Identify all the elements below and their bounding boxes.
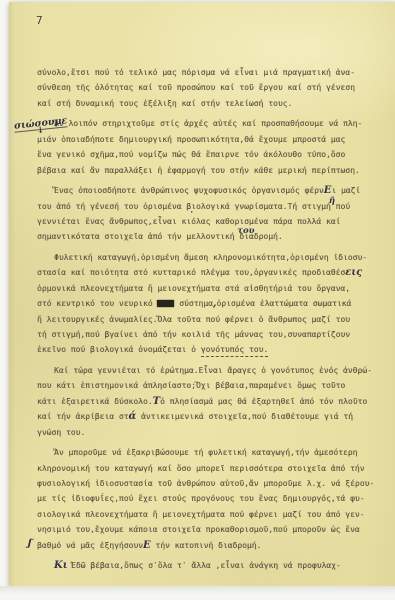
typed-text: στό κεντρικό του νευρικό — [37, 299, 157, 308]
typed-text: ό πλησίασμά μας θά ἐξαρτηθεῖ ἀπό τόν πλο… — [160, 397, 367, 406]
text-line: ἐκεῖνο πού βιολογικά ὀνομάζεται ὁ γονότυ… — [37, 342, 387, 357]
redaction-mark — [157, 300, 174, 307]
text-line: του ἀπό τή γένεσή του ὁρισμένα βιολογικά… — [37, 199, 387, 214]
text-line: καί τήν ἀκρίβεια στά ἀντικειμενικά στοιχ… — [37, 409, 387, 424]
typed-text: του ἀπό τή γένεσή του ὁρισμένα βιολογικά… — [37, 202, 331, 211]
text-line: βέβαια καί ἄν παραλλάξει ἡ ἐφαρμογή του … — [37, 163, 387, 178]
text-line: στασία καί ποιότητα στό κυτταρικό πλέγμα… — [37, 265, 387, 280]
paragraph: Καί τώρα γεννιέται τό ἐρώτημα.Εἶναι ἄραγ… — [37, 363, 387, 440]
handwritten-correction: Ε — [143, 540, 151, 551]
typed-text: ἐκεῖνο πού βιολογικά ὀνομάζεται ὁ — [37, 345, 201, 354]
text-line: βαθμό νά μᾶς ἐξηγήσουνΕ τήν κατοπινή δια… — [37, 538, 387, 553]
handwritten-correction: εις — [345, 267, 362, 278]
typed-text: σύστημα — [174, 299, 213, 308]
typed-text: ἕνα γενικό σχῆμα,πού νομίζω πώς θά ἔπαιρ… — [37, 150, 345, 159]
text-line: γνώση του. — [37, 425, 387, 440]
paragraph: Ἕνας ὁποιοσδήποτε ἀνθρώπινος ψυχοφυσικός… — [37, 183, 387, 245]
text-line: νησιμιό του,ἔχουμε κάποια στοιχεῖα προκα… — [37, 522, 387, 537]
text-line: Ἄν μποροῦμε νά ἐξακριβώσουμε τή φυλετική… — [37, 445, 387, 460]
typed-text: Ἐδῶ βέβαια,ὅπως σ᾿ὅλα τ᾿ ἄλλα ,εἶναι ἀνά… — [71, 561, 341, 570]
typed-text: ἤ λειτουργικές ἀνωμαλίες.Ὅλα τοῦτα πού φ… — [37, 315, 350, 324]
insertion-arrow-icon: ↓ — [36, 126, 45, 137]
typed-text: σημαντικότατα στοιχεῖα ἀπό τήν μελλοντικ… — [37, 232, 239, 241]
text-line: Κι Ἐδῶ βέβαια,ὅπως σ᾿ὅλα τ᾿ ἄλλα ,εἶναι … — [37, 558, 387, 573]
text-line: σύνθεση τῆς ὁλότητας καί τοῦ προσώπου κα… — [37, 80, 387, 95]
text-line: ἕνα γενικό σχῆμα,πού νομίζω πώς θά ἔπαιρ… — [37, 147, 387, 162]
paragraph: σύνολο,ἔτσι πού τό τελικό μας πόρισμα νά… — [37, 65, 387, 111]
text-line: τή στιγμή,πού βγαίνει ἀπό τήν κοιλιά τῆς… — [37, 327, 387, 342]
typed-text: σύνολο,ἔτσι πού τό τελικό μας πόρισμα νά… — [37, 68, 355, 77]
typed-text: ἀντικειμενικά στοιχεῖα,πού διαθέτουμε γι… — [136, 412, 353, 421]
text-line: καί στή δυναμική τους ἐξέλιξη καί στήν τ… — [37, 96, 387, 111]
typed-text: μιάν ὁποιαδήποτε δημιουργική προσωπικότη… — [37, 135, 345, 144]
handwritten-correction: Κι — [54, 560, 71, 571]
text-line: κληρονομική του καταγωγή καί ὅσο μπορεῖ … — [37, 461, 387, 476]
typed-text: κληρονομική του καταγωγή καί ὅσο μπορεῖ … — [37, 464, 365, 473]
typed-text: βέβαια καί ἄν παραλλάξει ἡ ἐφαρμογή του … — [37, 166, 360, 175]
text-line: σιολογικά πλεονεχτήματα ἤ μειονεχτήματα … — [37, 507, 387, 522]
typed-text: σύνθεση τῆς ὁλότητας καί τοῦ προσώπου κα… — [37, 83, 355, 92]
page-number: 7 — [36, 14, 44, 27]
text-line: ὁρμονικά πλεονεχτήματα ἤ μειονεχτήματα σ… — [37, 281, 387, 296]
handwritten-ink-mark: ʃ — [27, 538, 32, 549]
typed-text: που κάτι ἐπιστημονικά ἀπλησίαστο;Ὄχι βέβ… — [37, 381, 345, 390]
text-line: με τίς ἰδιοφυΐες,πού ἔχει στούς προγόνου… — [37, 491, 387, 506]
typed-text: Φυλετική καταγωγή,ὁρισμένη ἄμεση κληρονο… — [54, 253, 367, 262]
typed-text: όλας καθορισμένα πάρα πολλά καί — [191, 217, 340, 226]
typed-text: Καί τώρα γεννιέται τό ἐρώτημα.Εἶναι ἄραγ… — [54, 366, 372, 375]
text-line: Ἄν λοιπόν στηριχτοῦμε στίς ἀρχές αὐτές κ… — [37, 116, 387, 131]
typed-text: γονότυπός του. — [201, 345, 268, 357]
paragraph: Ἄν λοιπόν στηριχτοῦμε στίς ἀρχές αὐτές κ… — [37, 116, 387, 178]
text-line: φυσιολογική ἰδιοσυστασία τοῦ ἀνθρώπου αὐ… — [37, 476, 387, 491]
typed-text: σιολογικά πλεονεχτήματα ἤ μειονεχτήματα … — [37, 510, 365, 519]
typed-text: γνώση του. — [37, 428, 85, 437]
text-line: Καί τώρα γεννιέται τό ἐρώτημα.Εἶναι ἄραγ… — [37, 363, 387, 378]
text-line: που κάτι ἐπιστημονικά ἀπλησίαστο;Ὄχι βέβ… — [37, 378, 387, 393]
typed-text: Ἄν λοιπόν στηριχτοῦμε στίς ἀρχές αὐτές κ… — [54, 119, 362, 128]
paragraph: Κι Ἐδῶ βέβαια,ὅπως σ᾿ὅλα τ᾿ ἄλλα ,εἶναι … — [37, 558, 387, 573]
typed-text: με τίς ἰδιοφυΐες,πού ἔχει στούς προγόνου… — [37, 494, 365, 503]
text-line: Φυλετική καταγωγή,ὁρισμένη ἄμεση κληρονο… — [37, 250, 387, 265]
typewritten-text-block: σύνολο,ἔτσι πού τό τελικό μας πόρισμα νά… — [37, 65, 387, 574]
typed-text: καί τήν ἀκρίβεια στ — [37, 412, 129, 421]
text-line: σύνολο,ἔτσι πού τό τελικό μας πόρισμα νά… — [37, 65, 387, 80]
typed-text: γεννιέται ἕνας ἄνθρωπος,εἶναι κι — [37, 217, 191, 226]
paragraph: Φυλετική καταγωγή,ὁρισμένη ἄμεση κληρονο… — [37, 250, 387, 358]
paragraph: Ἄν μποροῦμε νά ἐξακριβώσουμε τή φυλετική… — [37, 445, 387, 553]
document-page: 7 σύνολο,ἔτσι πού τό τελικό μας πόρισμα … — [9, 2, 395, 586]
typed-text: νησιμιό του,ἔχουμε κάποια στοιχεῖα προκα… — [37, 525, 360, 534]
typed-text: φυσιολογική ἰδιοσυστασία τοῦ ἀνθρώπου αὐ… — [37, 479, 374, 488]
text-line: σημαντικότατα στοιχεῖα ἀπό τήν μελλοντικ… — [37, 229, 387, 244]
paper-bottom-shadow — [0, 586, 395, 600]
typed-text: Ἕνας ὁποιοσδήποτε ἀνθρώπινος ψυχοφυσικός… — [54, 186, 324, 195]
typed-text: Ἄν μποροῦμε νά ἐξακριβώσουμε τή φυλετική… — [54, 448, 357, 457]
typed-text: βαθμό νά μᾶς ἐξηγήσουν — [37, 541, 143, 550]
text-line: μιάν ὁποιαδήποτε δημιουργική προσωπικότη… — [37, 132, 387, 147]
text-line: ἤ λειτουργικές ἀνωμαλίες.Ὅλα τοῦτα πού φ… — [37, 312, 387, 327]
typed-text: κάτι ἐξαιρετικά δύσκολο. — [37, 397, 153, 406]
typed-text: καί στή δυναμική τους ἐξέλιξη καί στήν τ… — [37, 99, 292, 108]
typed-text: ι μαζί — [331, 186, 360, 195]
typed-text: τή στιγμή,πού βγαίνει ἀπό τήν κοιλιά τῆς… — [37, 330, 350, 339]
text-line: στό κεντρικό του νευρικό σύστημα,ὁρισμέν… — [37, 296, 387, 311]
typed-text: τήν κατοπινή διαδρομή. — [151, 541, 262, 550]
text-line: κάτι ἐξαιρετικά δύσκολο.Τό πλησίασμά μας… — [37, 394, 387, 409]
typed-text: ὁρισμένα ἐλαττώματα σωματικά — [216, 299, 351, 308]
typed-text: ὁρμονικά πλεονεχτήματα ἤ μειονεχτήματα σ… — [37, 284, 350, 293]
typed-text: στασία καί ποιότητα στό κυτταρικό πλέγμα… — [37, 268, 345, 277]
handwritten-correction: Τ — [153, 396, 160, 407]
text-line: γεννιέται ἕνας ἄνθρωπος,εἶναι κι᾿όλας κα… — [37, 214, 387, 229]
